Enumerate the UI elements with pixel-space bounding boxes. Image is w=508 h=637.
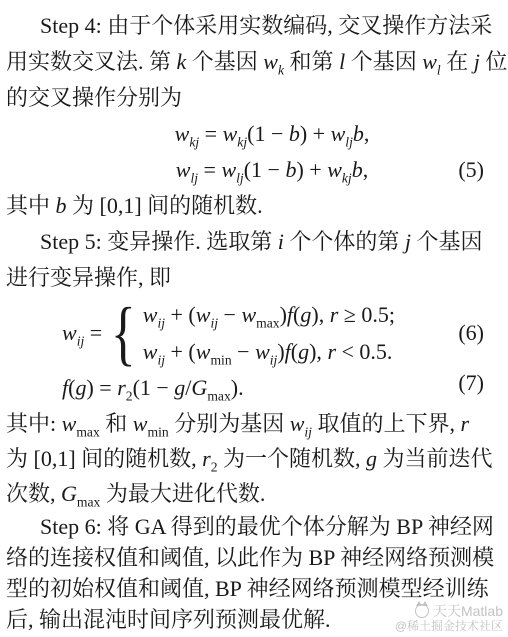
paragraph-line: 型的初始权值和阈值, BP 神经网络预测模型经训练 — [6, 573, 502, 604]
equation-number: (5) — [458, 152, 484, 188]
equation-cases: wij + (wij − wmax)f(g), r ≥ 0.5; wij + (… — [143, 296, 395, 370]
cases-brace: { — [111, 299, 136, 367]
equation-line: wlj = wlj(1 − b) + wkjb, (5) — [6, 152, 502, 188]
watermark-title-row: 天天Matlab — [395, 603, 503, 619]
document-page: Step 4: 由于个体采用实数编码, 交叉操作方法采 用实数交叉法. 第 k … — [0, 0, 508, 637]
equation-line: wkj = wkj(1 − b) + wljb, — [6, 116, 502, 152]
equation-number: (6) — [458, 320, 484, 346]
paragraph-step4: Step 4: 由于个体采用实数编码, 交叉操作方法采 用实数交叉法. 第 k … — [6, 8, 502, 116]
case-line: wij + (wij − wmax)f(g), r ≥ 0.5; — [143, 296, 395, 333]
paragraph-line: 其中: wmax 和 wmin 分别为基因 wij 取值的上下界, r — [6, 406, 502, 441]
paragraph-note-b: 其中 b 为 [0,1] 间的随机数. — [6, 188, 502, 224]
case-line: wij + (wmin − wij)f(g), r < 0.5. — [143, 333, 395, 370]
equation-lhs: wij = — [62, 315, 102, 351]
paragraph-line: Step 4: 由于个体采用实数编码, 交叉操作方法采 — [6, 8, 502, 44]
equation-number: (7) — [458, 370, 484, 396]
paragraph-line: Step 5: 变异操作. 选取第 i 个个体的第 j 个基因 — [6, 224, 502, 260]
watermark-subtitle: @稀土掘金技术社区 — [395, 619, 503, 633]
equation-6: wij = { wij + (wij − wmax)f(g), r ≥ 0.5;… — [6, 296, 502, 370]
equation-5: wkj = wkj(1 − b) + wljb, wlj = wlj(1 − b… — [6, 116, 502, 188]
paragraph-line: 次数, Gmax 为最大进化代数. — [6, 476, 502, 511]
watermark-title: 天天Matlab — [433, 603, 503, 619]
paragraph-line: 为 [0,1] 间的随机数, r2 为一个随机数, g 为当前迭代 — [6, 441, 502, 476]
watermark: 天天Matlab @稀土掘金技术社区 — [395, 603, 503, 633]
paragraph-line: Step 6: 将 GA 得到的最优个体分解为 BP 神经网 — [6, 511, 502, 542]
paragraph-line: 的交叉操作分别为 — [6, 80, 502, 116]
paragraph-note-params: 其中: wmax 和 wmin 分别为基因 wij 取值的上下界, r 为 [0… — [6, 406, 502, 511]
paragraph-line: 络的连接权值和阈值, 以此作为 BP 神经网络预测模 — [6, 542, 502, 573]
equation-line: f(g) = r2(1 − g/Gmax). — [62, 370, 502, 406]
equation-7: f(g) = r2(1 − g/Gmax). (7) — [6, 370, 502, 406]
paragraph-line: 用实数交叉法. 第 k 个基因 wk 和第 l 个基因 wl 在 j 位 — [6, 44, 502, 80]
paragraph-line: 进行变异操作, 即 — [6, 260, 502, 296]
paragraph-step5: Step 5: 变异操作. 选取第 i 个个体的第 j 个基因 进行变异操作, … — [6, 224, 502, 296]
watermark-logo-icon — [415, 604, 429, 618]
